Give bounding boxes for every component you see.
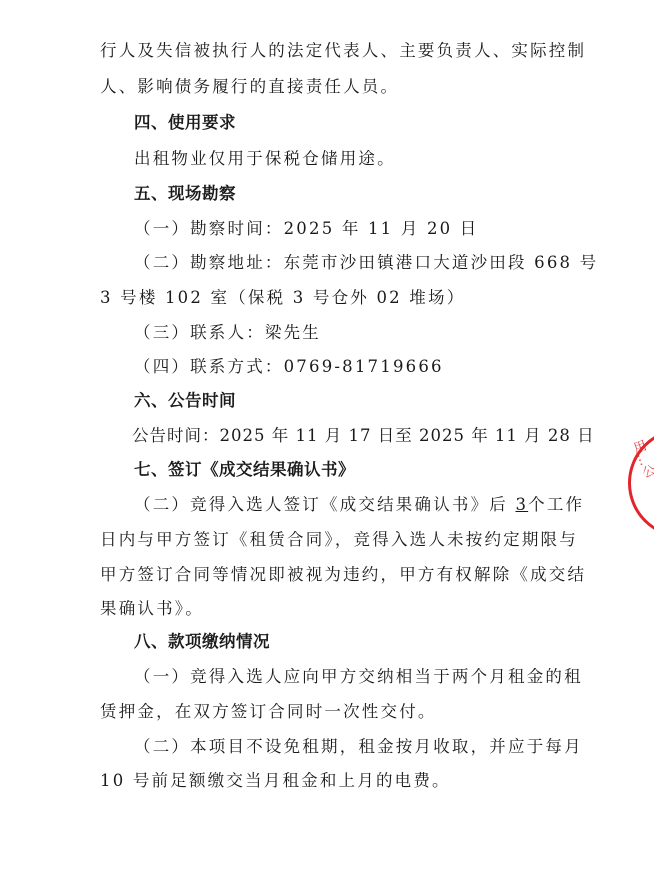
section-heading-7: 七、签订《成交结果确认书》 (134, 459, 558, 481)
body-line: 赁押金，在双方签订合同时一次性交付。 (100, 701, 558, 723)
body-line: 日内与甲方签订《租赁合同》，竞得入选人未按约定期限与 (100, 529, 558, 551)
contact-person: （三）联系人：梁先生 (134, 322, 558, 344)
body-line: 行人及失信被执行人的法定代表人、主要负责人、实际控制 (100, 40, 558, 62)
survey-address: （二）勘察地址：东莞市沙田镇港口大道沙田段 668 号 (134, 252, 558, 274)
section-heading-5: 五、现场勘察 (134, 183, 558, 205)
announcement-period: 公告时间：2025 年 11 月 17 日至 2025 年 11 月 28 日 (132, 425, 542, 447)
body-line: （一）竞得入选人应向甲方交纳相当于两个月租金的租 (134, 666, 558, 688)
body-line: （二）本项目不设免租期，租金按月收取，并应于每月 (134, 736, 558, 758)
survey-address-cont: 3 号楼 102 室（保税 3 号仓外 02 堆场） (100, 287, 558, 309)
document-page: 行人及失信被执行人的法定代表人、主要负责人、实际控制 人、影响债务履行的直接责任… (0, 0, 654, 874)
body-line: 果确认书》。 (100, 598, 558, 620)
text-span: （二）竞得入选人签订《成交结果确认书》后 (134, 495, 515, 514)
working-days-value: 3 (515, 495, 528, 514)
body-line: 甲方签订合同等情况即被视为违约，甲方有权解除《成交结 (100, 564, 558, 586)
body-line: （二）竞得入选人签订《成交结果确认书》后 3个工作 (134, 494, 558, 516)
body-line: 出租物业仅用于保税仓储用途。 (134, 148, 558, 170)
section-heading-4: 四、使用要求 (134, 112, 558, 134)
contact-phone: （四）联系方式：0769-81719666 (134, 356, 558, 378)
body-line: 人、影响债务履行的直接责任人员。 (100, 76, 558, 98)
section-heading-6: 六、公告时间 (134, 390, 558, 412)
section-heading-8: 八、款项缴纳情况 (134, 631, 558, 653)
text-span: 个工作 (528, 495, 584, 514)
body-line: 10 号前足额缴交当月租金和上月的电费。 (100, 770, 558, 792)
survey-time: （一）勘察时间：2025 年 11 月 20 日 (134, 218, 558, 240)
